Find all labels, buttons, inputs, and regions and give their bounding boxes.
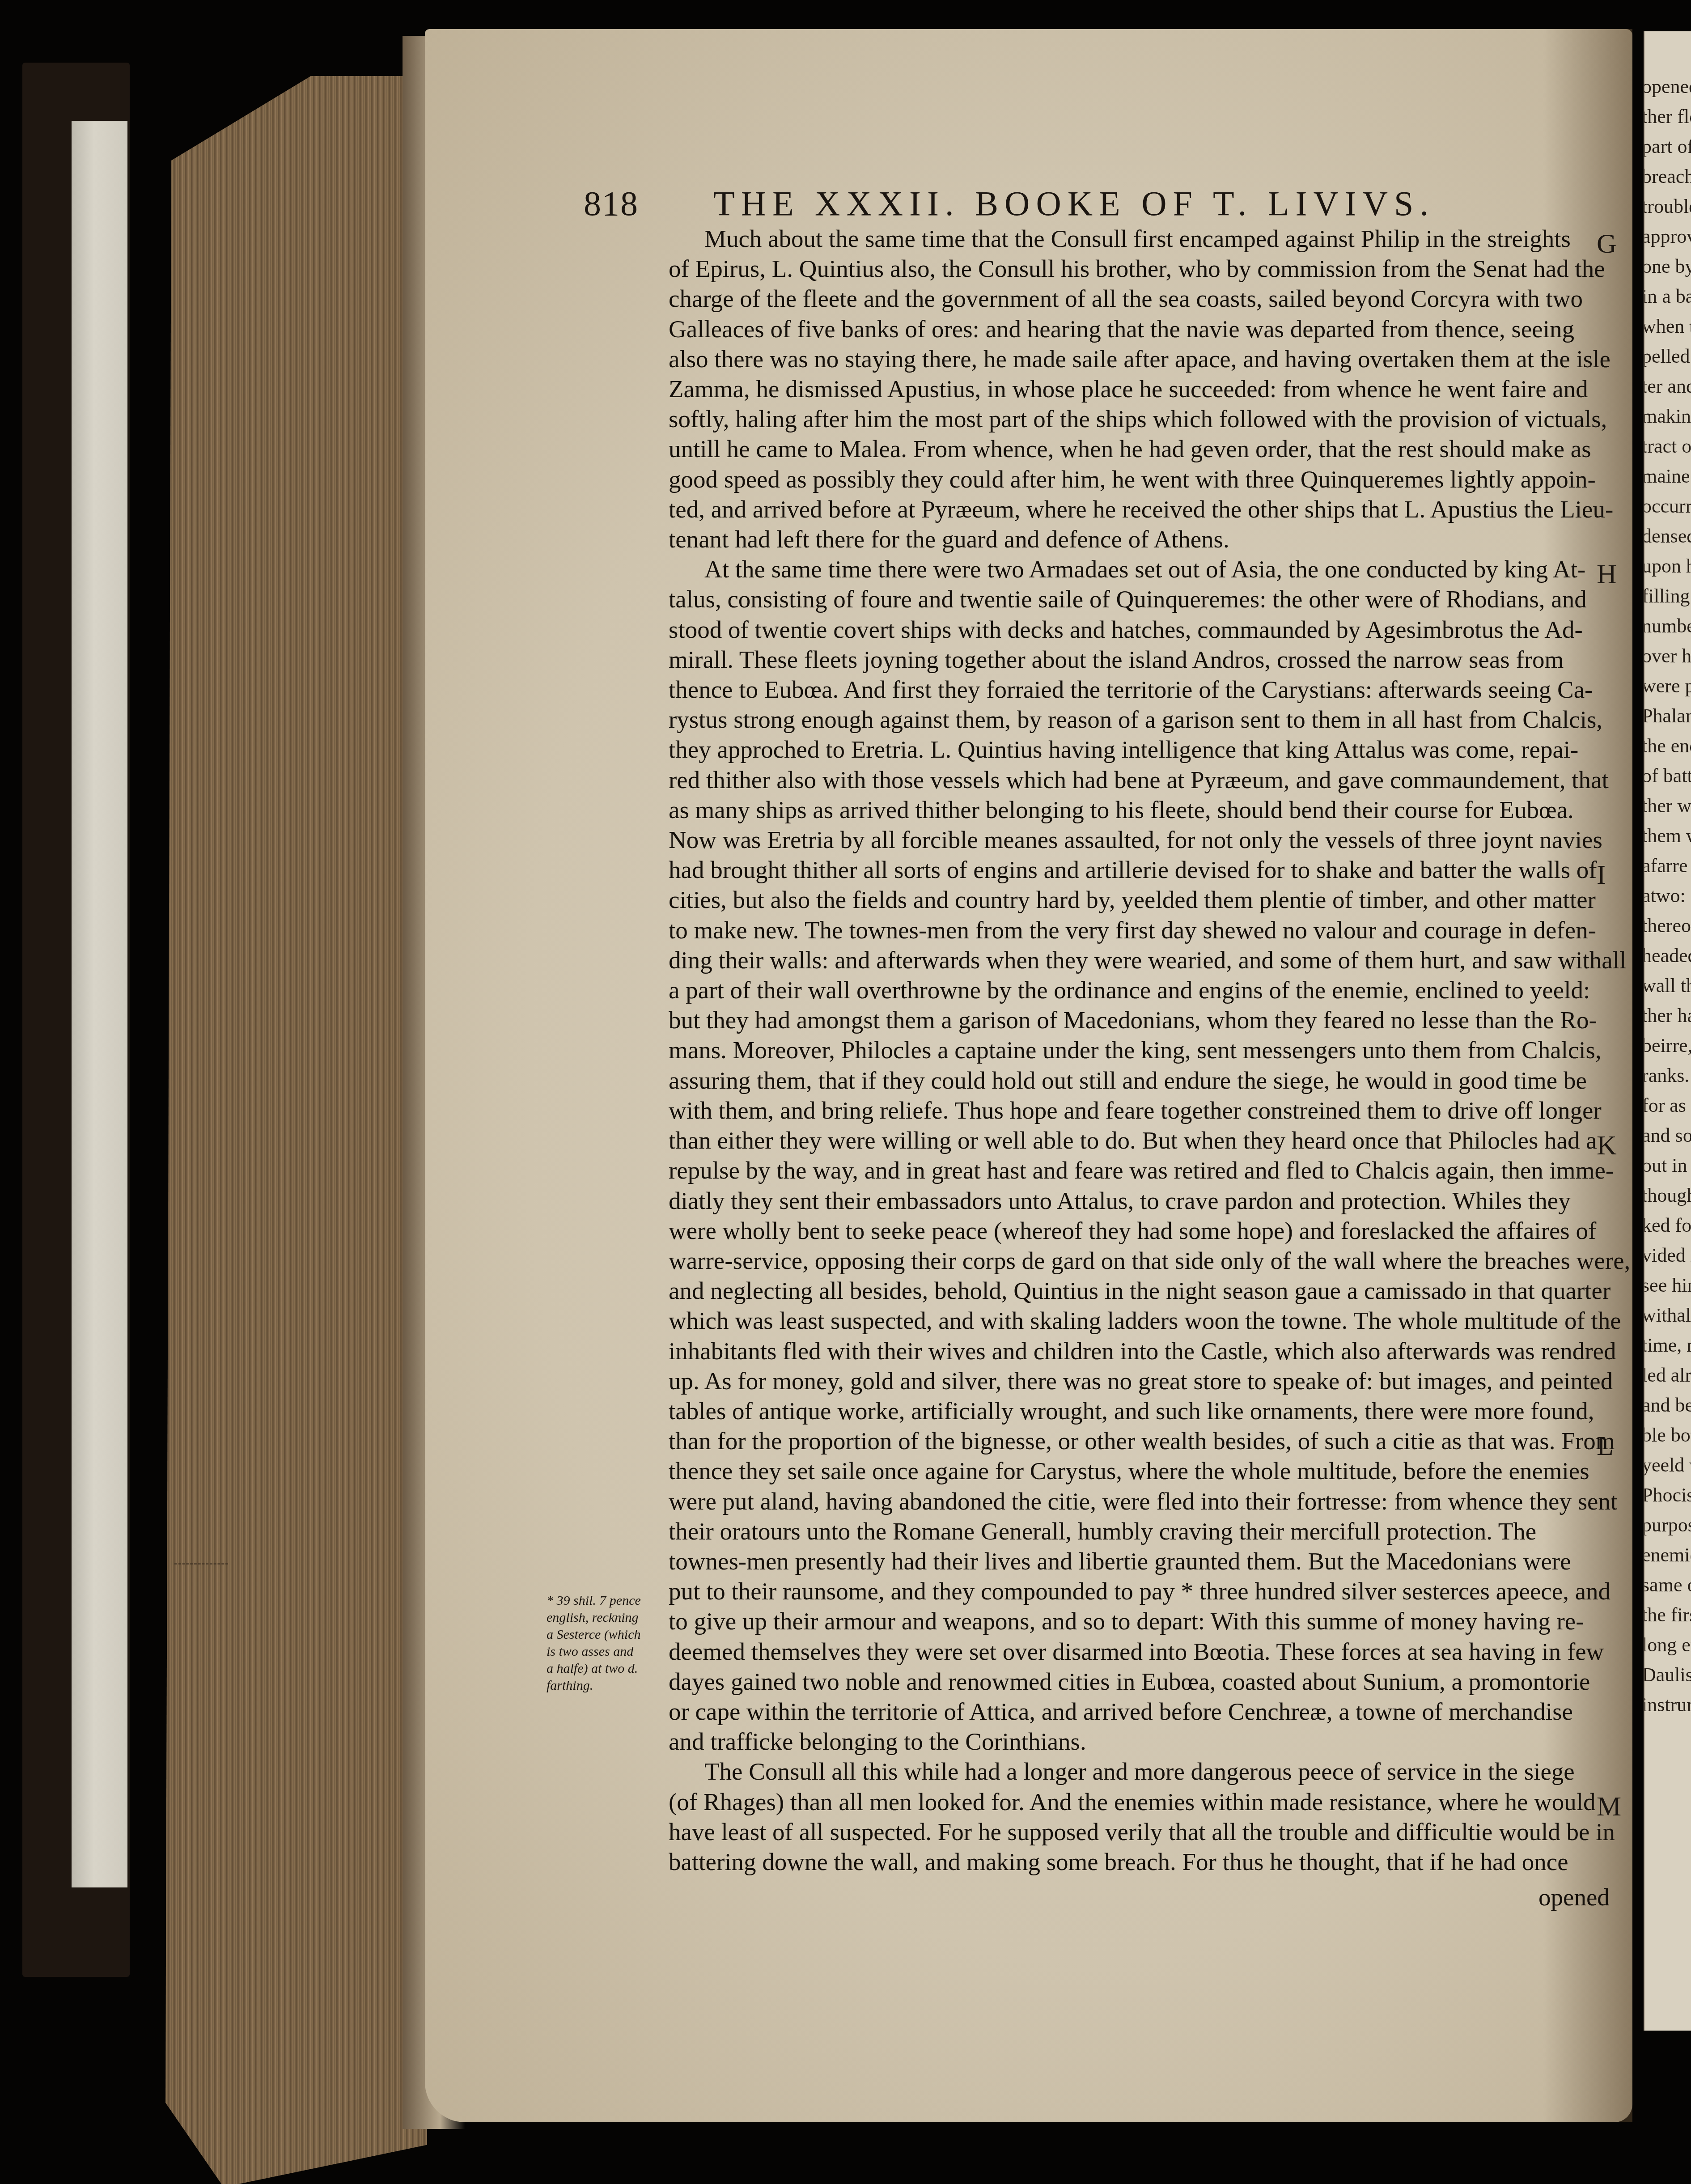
next-page-line: maine progre [1644, 461, 1691, 491]
next-page-line: ther had [1644, 1001, 1691, 1031]
next-page-line: ther with [1644, 791, 1691, 821]
catchword: opened [1538, 1883, 1610, 1911]
text-line: stood of twentie covert ships with decks… [669, 615, 1590, 645]
next-page-line: upon heapes [1644, 551, 1691, 581]
next-page-line: trouble nor toil [1644, 191, 1691, 221]
text-line: to make new. The townes-men from the ver… [669, 915, 1590, 945]
text-line: than for the proportion of the bignesse,… [669, 1426, 1590, 1456]
text-line: of Epirus, L. Quintius also, the Consull… [669, 254, 1590, 284]
text-line: tables of antique worke, artificially wr… [669, 1396, 1590, 1426]
text-line: ding their walls: and afterwards when th… [669, 945, 1590, 975]
next-page-line: filling of ma [1644, 581, 1691, 611]
text-line: but they had amongst them a garison of M… [669, 1005, 1590, 1035]
text-line: a part of their wall overthrowne by the … [669, 975, 1590, 1005]
margin-note-line: is two asses and [547, 1643, 667, 1660]
text-line: their oratours unto the Romane Generall,… [669, 1516, 1590, 1546]
text-line: they approched to Eretria. L. Quintius h… [669, 734, 1590, 764]
next-page-lines: opened way forther flee or be flpart of … [1644, 72, 1691, 1720]
next-page-line: wall that [1644, 971, 1691, 1001]
text-line: have least of all suspected. For he supp… [669, 1817, 1590, 1847]
next-page-line: instrument [1644, 1690, 1691, 1720]
next-page-line: purpose; be [1644, 1510, 1691, 1540]
next-page-line: opened way for [1644, 72, 1691, 102]
next-page-line: ranks. Mo [1644, 1060, 1691, 1090]
next-page-line: part of the wall [1644, 131, 1691, 161]
margin-signature-letter: L [1597, 1430, 1614, 1462]
next-page-line: number of a [1644, 611, 1691, 641]
next-page-line: breaches and r [1644, 161, 1691, 191]
endpaper [72, 121, 127, 1887]
text-line: Zamma, he dismissed Apustius, in whose p… [669, 374, 1590, 404]
margin-signature-letter: H [1597, 559, 1617, 590]
text-line: Now was Eretria by all forcible meanes a… [669, 825, 1590, 855]
next-page-line: Phalanx.) B [1644, 701, 1691, 731]
next-page-line: ked for fea [1644, 1210, 1691, 1240]
text-line: red thither also with those vessels whic… [669, 765, 1590, 795]
text-line: thence to Eubœa. And first they forraied… [669, 674, 1590, 704]
margin-note-line: a halfe) at two d. [547, 1660, 667, 1677]
next-page-line: were possible [1644, 671, 1691, 701]
next-page-line: time, nor c [1644, 1330, 1691, 1360]
text-line: had brought thither all sorts of engins … [669, 855, 1590, 885]
text-line: battering downe the wall, and making som… [669, 1847, 1590, 1877]
next-page-line: for as the to [1644, 1090, 1691, 1120]
margin-signature-letter: M [1597, 1791, 1621, 1823]
next-page-line: beirre, and [1644, 1031, 1691, 1060]
text-line: also there was no staying there, he made… [669, 344, 1590, 374]
next-page-line: same of the [1644, 1570, 1691, 1600]
text-line: dayes gained two noble and renowmed citi… [669, 1667, 1590, 1696]
margin-signature-letter: I [1597, 859, 1606, 891]
text-line: (of Rhages) than all men looked for. And… [669, 1787, 1590, 1817]
text-line: and neglecting all besides, behold, Quin… [669, 1276, 1590, 1306]
next-page-line: tract of time, [1644, 431, 1691, 461]
text-line: or cape within the territorie of Attica,… [669, 1696, 1590, 1726]
text-line: with them, and bring reliefe. Thus hope … [669, 1095, 1590, 1125]
margin-note-line: english, reckning [547, 1609, 667, 1626]
next-page-line: over he sent c [1644, 641, 1691, 671]
next-page-line: the first assa [1644, 1600, 1691, 1630]
next-page-line: in a battaile wi [1644, 281, 1691, 311]
next-page-line: one by valour [1644, 251, 1691, 281]
text-line: cities, but also the fields and country … [669, 885, 1590, 915]
next-page-line: headed, [1644, 941, 1691, 971]
text-line: inhabitants fled with their wives and ch… [669, 1336, 1590, 1366]
text-line: repulse by the way, and in great hast an… [669, 1155, 1590, 1185]
text-line: thence they set saile once againe for Ca… [669, 1456, 1590, 1486]
text-line: were put aland, having abandoned the cit… [669, 1486, 1590, 1516]
next-page-line: Daulis by r [1644, 1660, 1691, 1690]
next-page-line: them whic [1644, 821, 1691, 851]
next-page-line: ther flee or be fl [1644, 102, 1691, 131]
text-line: Much about the same time that the Consul… [669, 224, 1590, 254]
next-page-line: long endur [1644, 1630, 1691, 1660]
next-page-line: enemies: ha [1644, 1540, 1691, 1570]
text-line: warre-service, opposing their corps de g… [669, 1246, 1590, 1276]
next-page-line: afarre off, [1644, 851, 1691, 881]
text-line: mirall. These fleets joyning together ab… [669, 645, 1590, 674]
text-line: tenant had left there for the guard and … [669, 524, 1590, 554]
next-page-line: and soundly [1644, 1120, 1691, 1150]
margin-note: * 39 shil. 7 penceenglish, reckninga Ses… [547, 1592, 667, 1694]
margin-note-line: * 39 shil. 7 pence [547, 1592, 667, 1609]
text-line: good speed as possibly they could after … [669, 464, 1590, 494]
body-text: Much about the same time that the Consul… [669, 224, 1590, 1877]
next-page-line: when they per [1644, 311, 1691, 341]
next-page-line: out in the g [1644, 1150, 1691, 1180]
next-page-line: and because [1644, 1390, 1691, 1420]
margin-note-line: farthing. [547, 1677, 667, 1694]
text-line: townes-men presently had their lives and… [669, 1546, 1590, 1576]
text-line: softly, haling after him the most part o… [669, 404, 1590, 434]
text-line: mans. Moreover, Philocles a captaine und… [669, 1035, 1590, 1065]
text-line: Galleaces of five banks of ores: and hea… [669, 314, 1590, 344]
margin-signature-letter: G [1597, 228, 1617, 260]
margin-signature-letter: K [1597, 1130, 1617, 1162]
next-page-line: led alreadie [1644, 1360, 1691, 1390]
text-line: rystus strong enough against them, by re… [669, 704, 1590, 734]
next-page-line: the enemie [1644, 731, 1691, 761]
next-page-line: yeeld winter [1644, 1450, 1691, 1480]
next-page-line: making this ac [1644, 401, 1691, 431]
page-block-fore-edge [136, 76, 427, 2184]
running-title: THE XXXII. BOOKE OF T. LIVIVS. [713, 183, 1435, 224]
text-line: to give up their armour and weapons, and… [669, 1606, 1590, 1636]
next-page-line: atwo: an [1644, 881, 1691, 911]
text-line: put to their raunsome, and they compound… [669, 1576, 1590, 1606]
text-line: up. As for money, gold and silver, there… [669, 1366, 1590, 1396]
margin-note-line: a Sesterce (which [547, 1626, 667, 1643]
text-line: talus, consisting of foure and twentie s… [669, 584, 1590, 614]
text-line: assuring them, that if they could hold o… [669, 1065, 1590, 1095]
text-line: deemed themselves they were set over dis… [669, 1637, 1590, 1667]
text-line: which was least suspected, and with skal… [669, 1306, 1590, 1336]
text-line: untill he came to Malea. From whence, wh… [669, 434, 1590, 464]
page-number: 818 [584, 183, 639, 224]
next-page-line: ble both to [1644, 1420, 1691, 1450]
next-page-line: see himselfe [1644, 1270, 1691, 1300]
next-page-line: withall hee [1644, 1300, 1691, 1330]
next-page-line: ter and retire [1644, 371, 1691, 401]
next-page-line: vided migh [1644, 1240, 1691, 1270]
text-line: were wholly bent to seeke peace (whereof… [669, 1216, 1590, 1246]
text-line: than either they were willing or well ab… [669, 1125, 1590, 1155]
text-line: The Consull all this while had a longer … [669, 1756, 1590, 1786]
next-page-line: thereof b [1644, 911, 1691, 941]
next-page-line: approved and f [1644, 221, 1691, 251]
text-line: charge of the fleete and the government … [669, 284, 1590, 314]
text-line: as many ships as arrived thither belongi… [669, 795, 1590, 825]
next-page-line: pelled & beat t [1644, 341, 1691, 371]
next-page-line: of battaile v [1644, 761, 1691, 791]
next-page-line: thought ve [1644, 1180, 1691, 1210]
next-page-fragment: opened way forther flee or be flpart of … [1644, 31, 1691, 2031]
next-page-line: occurrences c [1644, 491, 1691, 521]
next-page-line: Phocis; whi [1644, 1480, 1691, 1510]
pencil-mark [174, 1563, 228, 1567]
text-line: diatly they sent their embassadors unto … [669, 1186, 1590, 1216]
next-page-line: densed the pl [1644, 521, 1691, 551]
text-line: At the same time there were two Armadaes… [669, 554, 1590, 584]
text-line: ted, and arrived before at Pyræeum, wher… [669, 494, 1590, 524]
text-line: and trafficke belonging to the Corinthia… [669, 1726, 1590, 1756]
